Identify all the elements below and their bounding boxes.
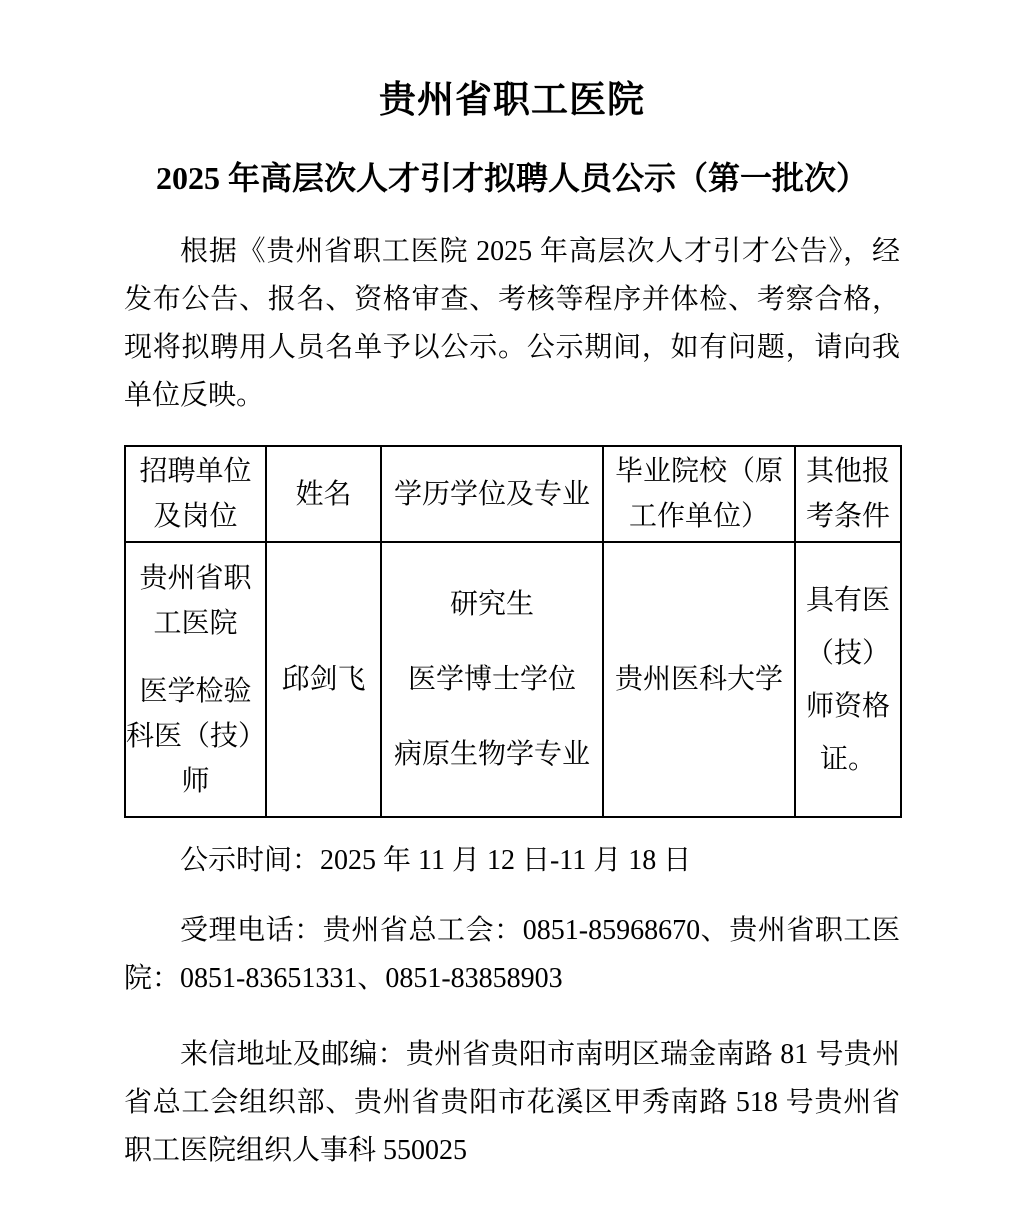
education-line: 医学博士学位	[382, 657, 602, 702]
school-name: 贵州医科大学	[604, 657, 794, 702]
header-line: 其他报	[796, 449, 900, 494]
cell-school: 贵州医科大学	[603, 542, 795, 817]
document-title: 贵州省职工医院	[124, 0, 900, 120]
header-cell-other-conditions: 其他报 考条件	[795, 446, 901, 542]
header-line: 及岗位	[126, 494, 265, 539]
text-line: 科医（技）	[126, 714, 265, 759]
table-row: 贵州省职 工医院 医学检验 科医（技） 师 邱剑飞 研究生 医学博士学位 病原生…	[125, 542, 901, 817]
text-line: 医学检验	[126, 669, 265, 714]
text-line: 贵州省职	[126, 556, 265, 601]
header-line: 招聘单位	[126, 449, 265, 494]
text-line: 工医院	[126, 601, 265, 646]
requirement-line: 具有医	[796, 574, 900, 627]
cell-name: 邱剑飞	[266, 542, 381, 817]
position-block: 医学检验 科医（技） 师	[126, 669, 265, 804]
header-line: 姓名	[267, 472, 380, 517]
document-subtitle: 2025 年高层次人才引才拟聘人员公示（第一批次）	[124, 160, 900, 196]
header-row: 招聘单位 及岗位 姓名 学历学位及专业 毕业院校（原 工作单位） 其他报 考条件	[125, 446, 901, 542]
header-line: 工作单位）	[604, 494, 794, 539]
header-cell-school: 毕业院校（原 工作单位）	[603, 446, 795, 542]
text-line: 师	[126, 759, 265, 804]
education-line: 病原生物学专业	[382, 732, 602, 777]
recruitment-table: 招聘单位 及岗位 姓名 学历学位及专业 毕业院校（原 工作单位） 其他报 考条件	[124, 445, 902, 818]
cell-unit-position: 贵州省职 工医院 医学检验 科医（技） 师	[125, 542, 266, 817]
requirement-line: （技）	[796, 627, 900, 680]
candidate-name: 邱剑飞	[267, 657, 380, 702]
publicity-period: 公示时间：2025 年 11 月 12 日-11 月 18 日	[124, 837, 900, 885]
requirement-line: 证。	[796, 733, 900, 786]
document-page: 贵州省职工医院 2025 年高层次人才引才拟聘人员公示（第一批次） 根据《贵州省…	[0, 0, 1024, 1230]
header-cell-name: 姓名	[266, 446, 381, 542]
unit-block: 贵州省职 工医院	[126, 556, 265, 646]
header-cell-unit-position: 招聘单位 及岗位	[125, 446, 266, 542]
cell-education: 研究生 医学博士学位 病原生物学专业	[381, 542, 603, 817]
contact-phones: 受理电话：贵州省总工会：0851-85968670、贵州省职工医院：0851-8…	[124, 907, 900, 1003]
header-line: 毕业院校（原	[604, 449, 794, 494]
header-line: 学历学位及专业	[382, 472, 602, 517]
cell-other-conditions: 具有医 （技） 师资格 证。	[795, 542, 901, 817]
header-line: 考条件	[796, 494, 900, 539]
header-cell-education: 学历学位及专业	[381, 446, 603, 542]
intro-paragraph: 根据《贵州省职工医院 2025 年高层次人才引才公告》，经发布公告、报名、资格审…	[124, 228, 900, 420]
education-line: 研究生	[382, 582, 602, 627]
mailing-address: 来信地址及邮编：贵州省贵阳市南明区瑞金南路 81 号贵州省总工会组织部、贵州省贵…	[124, 1031, 900, 1175]
requirement-line: 师资格	[796, 680, 900, 733]
